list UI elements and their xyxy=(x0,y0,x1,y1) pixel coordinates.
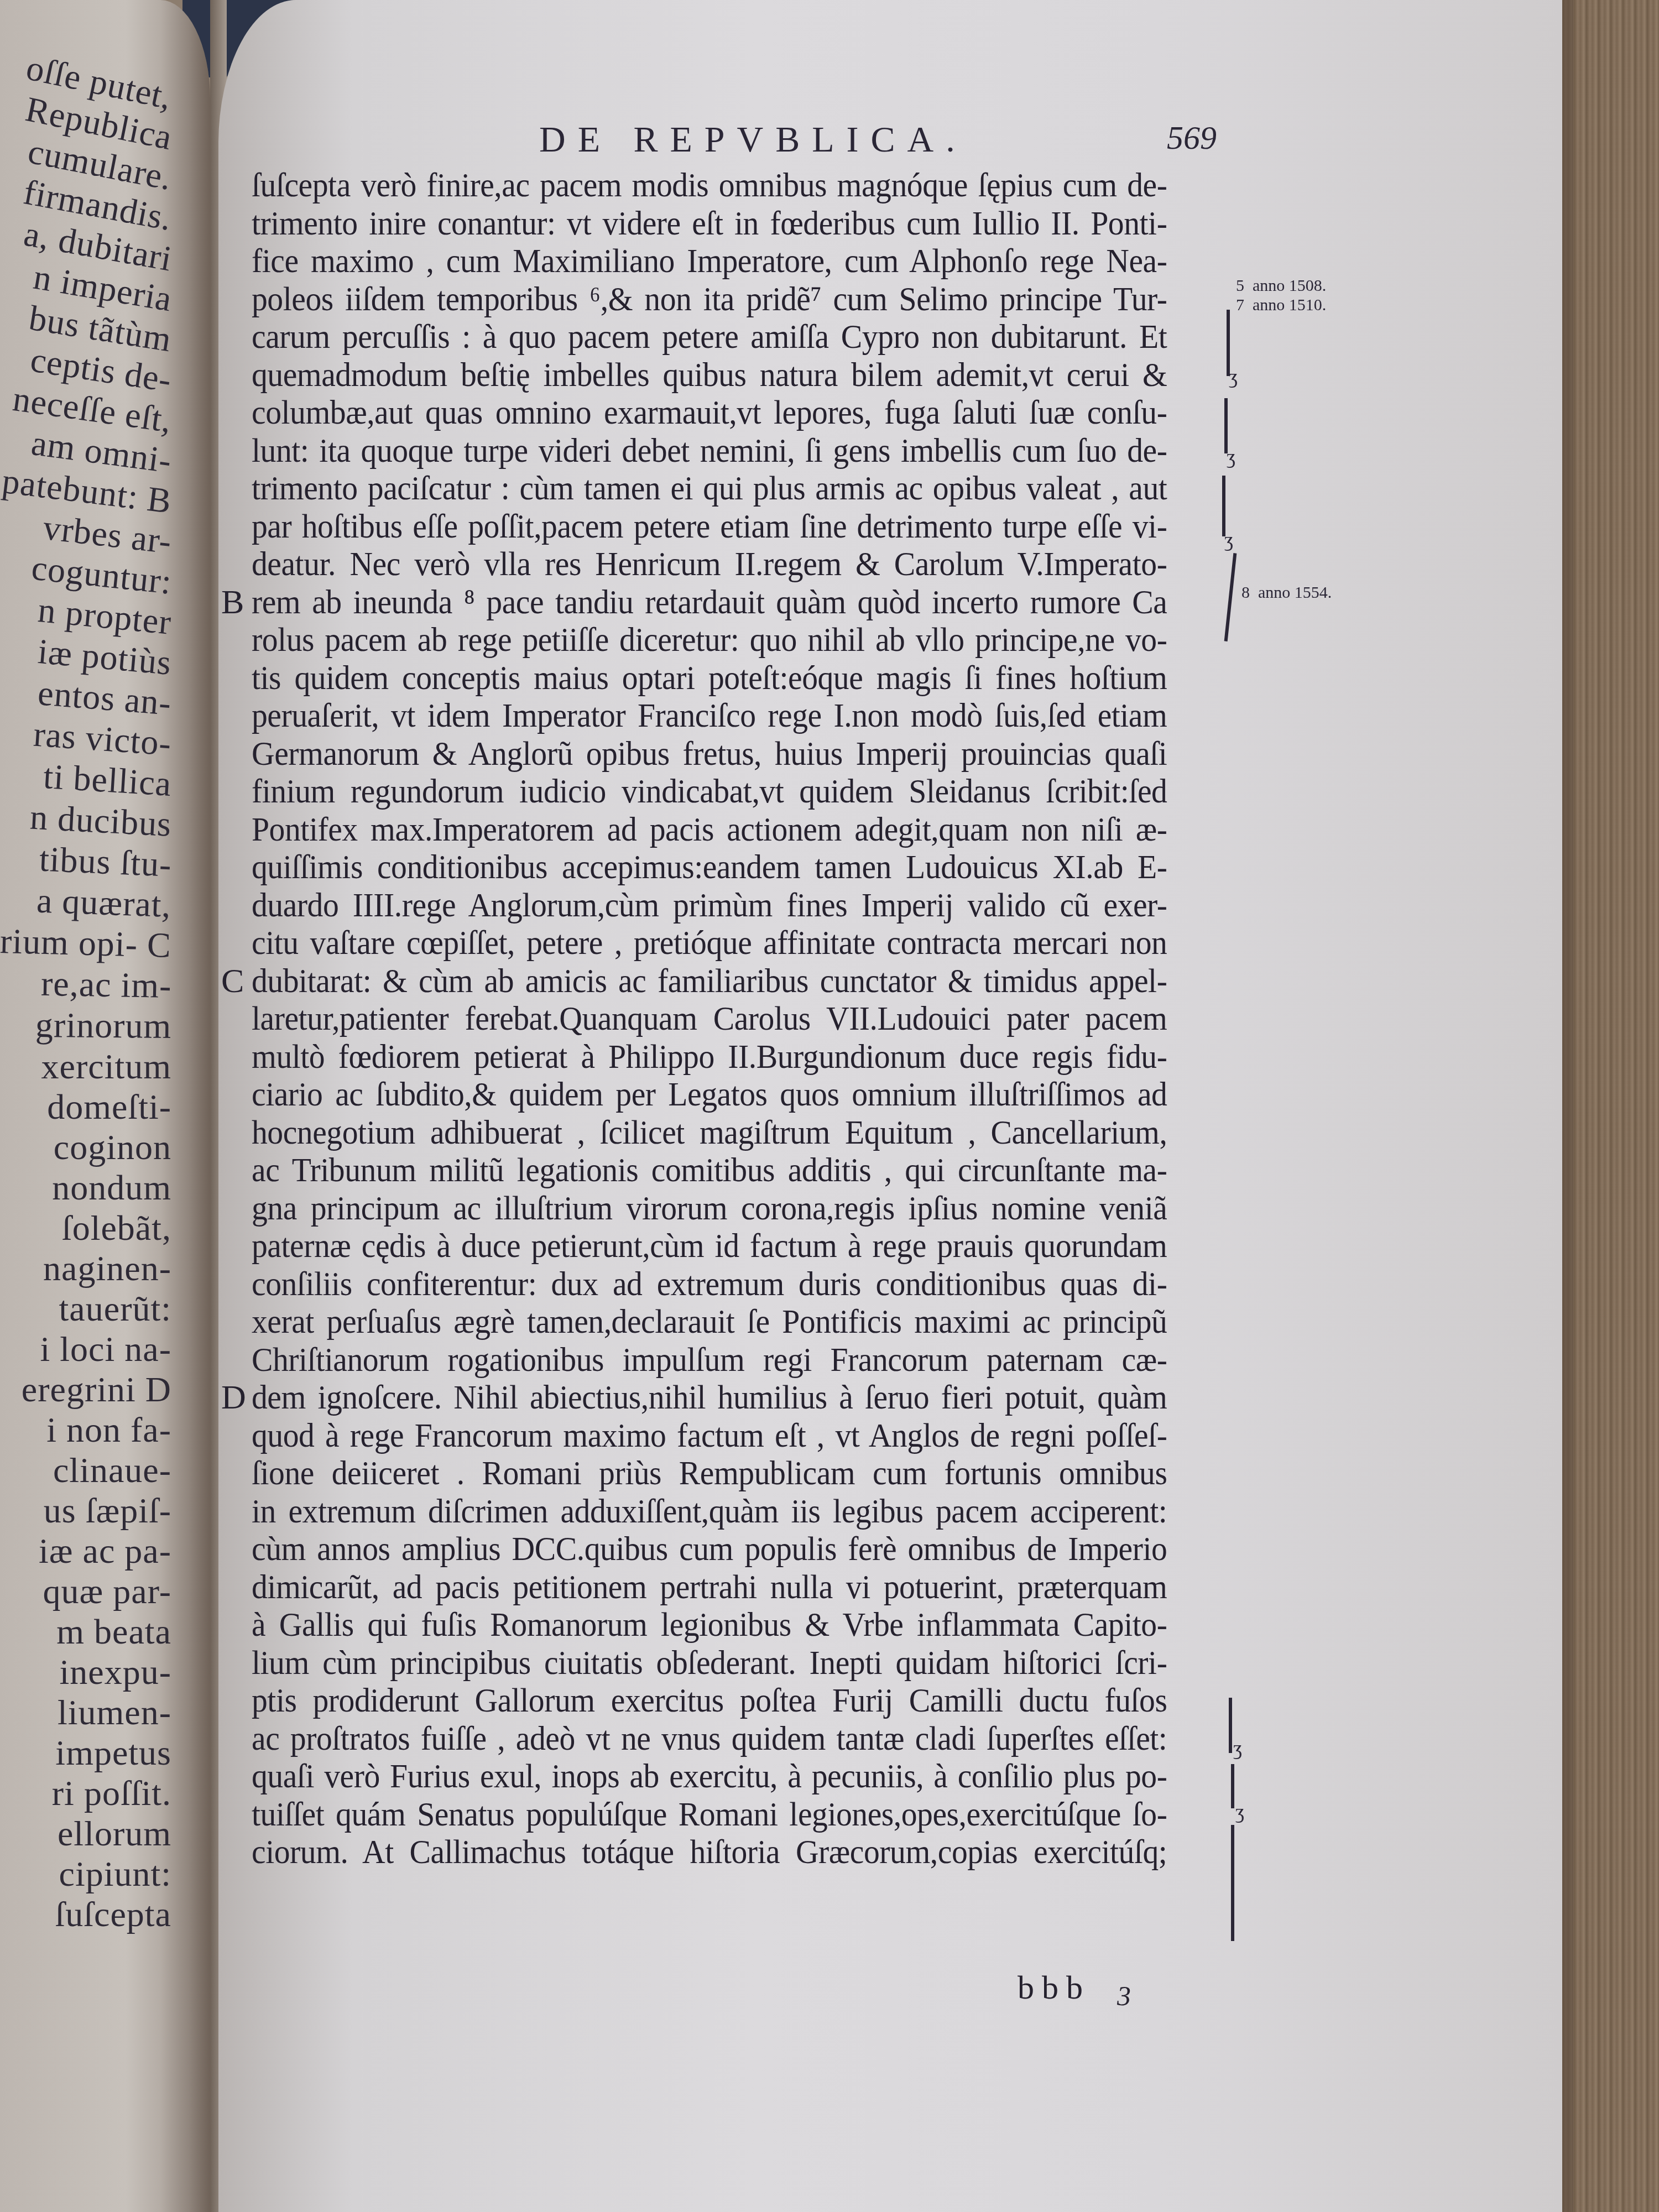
left-page-line: a quærat, xyxy=(36,880,172,926)
text-line: quaſi verò Furius exul, inops ab exercit… xyxy=(252,1757,1167,1796)
text-line: quemadmodum beſtię imbelles quibus natur… xyxy=(252,356,1167,395)
text-line: tuiſſet quám Senatus populúſque Romani l… xyxy=(252,1795,1167,1834)
text-line: carum percuſſis : à quo pacem petere ami… xyxy=(252,317,1167,357)
page-number: 569 xyxy=(1167,119,1217,157)
text-line: rem ab ineunda ⁸ pace tandiu retardauit … xyxy=(252,583,1167,622)
left-page-line: cipiunt: xyxy=(59,1854,171,1895)
text-line: poleos iiſdem temporibus ⁶,& non ita pri… xyxy=(252,280,1167,319)
text-line: cùm annos amplius DCC.quibus cum populis… xyxy=(252,1530,1167,1569)
left-page-line: re,ac im- xyxy=(40,963,172,1006)
margin-note-7: 7 anno 1510. xyxy=(1236,296,1326,315)
text-line: gna principum ac illuſtrium virorum coro… xyxy=(252,1189,1167,1228)
left-page-line: grinorum xyxy=(35,1005,171,1047)
left-page-line: liumen- xyxy=(58,1692,171,1733)
text-line: dem ignoſcere. Nihil abiectius,nihil hum… xyxy=(252,1378,1167,1417)
text-line: in extremum diſcrimen adduxiſſent,quàm i… xyxy=(252,1492,1167,1531)
text-line: peruaſerit, vt idem Imperator Franciſco … xyxy=(252,696,1167,735)
text-line: duardo IIII.rege Anglorum,cùm primùm fin… xyxy=(252,886,1167,925)
section-marker-d: D xyxy=(221,1378,246,1417)
text-line: columbæ,aut quas omnino exarmauit,vt lep… xyxy=(252,393,1167,432)
left-page: oſſe putet,Republicacumulare.firmandis.a… xyxy=(0,0,210,2212)
left-page-line: nondum xyxy=(52,1167,171,1208)
text-line: finium regundorum iudicio vindicabat,vt … xyxy=(252,772,1167,811)
signature-mark: bbb xyxy=(1018,1969,1091,2007)
text-line: dubitarat: & cùm ab amicis ac familiarib… xyxy=(252,962,1167,1001)
left-page-line: i loci na- xyxy=(40,1329,171,1370)
left-page-shadow xyxy=(160,0,210,2212)
bracket-mark-icon: ʒ xyxy=(1229,365,1238,388)
left-page-line: ſolebãt, xyxy=(62,1208,171,1249)
left-page-line: ſuſcepta xyxy=(55,1894,171,1935)
left-page-line: quæ par- xyxy=(43,1571,171,1612)
text-line: Chriſtianorum rogationibus impulſum regi… xyxy=(252,1340,1167,1380)
left-page-line: naginen- xyxy=(43,1248,171,1289)
left-page-line: ellorum xyxy=(58,1813,171,1854)
text-line: ciorum. At Callimachus totáque hiſtoria … xyxy=(252,1833,1167,1872)
text-line: ciario ac ſubdito,& quidem per Legatos q… xyxy=(252,1075,1167,1114)
left-page-line: ri poſſit. xyxy=(52,1773,171,1814)
bracket-mark-icon: ʒ xyxy=(1233,1736,1242,1760)
text-line: quiſſimis conditionibus accepimus:eandem… xyxy=(252,848,1167,887)
fore-edge-shade xyxy=(1562,0,1573,2212)
left-page-line: iæ ac pa- xyxy=(39,1531,171,1572)
text-line: trimento paciſcatur : cùm tamen ei qui p… xyxy=(252,469,1167,508)
text-line: multò fœdiorem petierat à Philippo II.Bu… xyxy=(252,1037,1167,1077)
section-marker-b: B xyxy=(221,583,244,622)
left-page-line: i non fa- xyxy=(46,1410,171,1451)
text-line: par hoſtibus eſſe poſſit,pacem petere et… xyxy=(252,507,1167,546)
bracket-annotation xyxy=(1231,1825,1234,1941)
left-page-line: m beata xyxy=(56,1611,171,1652)
text-line: Pontifex max.Imperatorem ad pacis action… xyxy=(252,810,1167,849)
left-page-line: us ſæpiſ- xyxy=(44,1490,171,1531)
text-line: hocnegotium adhibuerat , ſcilicet magiſt… xyxy=(252,1113,1167,1152)
text-line: ac Tribunum militũ legationis comitibus … xyxy=(252,1151,1167,1190)
left-page-line: clinaue- xyxy=(53,1450,171,1491)
text-line: ac proſtratos fuiſſe , adeò vt ne vnus q… xyxy=(252,1719,1167,1759)
text-line: dimicarũt, ad pacis petitionem pertrahi … xyxy=(252,1568,1167,1607)
running-head: DE REPVBLICA. xyxy=(539,119,967,161)
margin-note-8: 8 anno 1554. xyxy=(1241,583,1332,602)
text-line: lium cùm principibus ciuitatis obſederan… xyxy=(252,1644,1167,1683)
text-line: conſiliis confiterentur: dux ad extremum… xyxy=(252,1265,1167,1304)
bracket-mark-icon: ʒ xyxy=(1227,445,1235,468)
left-page-line: ti bellica xyxy=(42,756,173,805)
text-line: à Gallis qui fuſis Romanorum legionibus … xyxy=(252,1605,1167,1645)
bracket-annotation xyxy=(1222,476,1225,536)
text-line: ſione deiiceret . Romani priùs Rempublic… xyxy=(252,1454,1167,1493)
bracket-mark-icon: ʒ xyxy=(1224,528,1233,551)
section-marker-c: C xyxy=(221,962,244,1001)
bracket-annotation xyxy=(1229,1698,1232,1753)
left-page-line: rium opi- C xyxy=(0,921,172,966)
signature-number: 3 xyxy=(1117,1980,1131,2012)
bracket-mark-icon: ʒ xyxy=(1235,1800,1244,1823)
left-page-line: tibus ſtu- xyxy=(38,839,172,885)
text-line: laretur,patienter ferebat.Quanquam Carol… xyxy=(252,999,1167,1039)
text-line: paternæ cędis à duce petierunt,cùm id fa… xyxy=(252,1227,1167,1266)
text-line: tis quidem conceptis maius optari poteſt… xyxy=(252,659,1167,698)
left-page-line: domeſti- xyxy=(47,1087,171,1128)
left-page-line: tauerũt: xyxy=(59,1288,171,1329)
left-page-line: inexpu- xyxy=(60,1652,172,1693)
text-line: quod à rege Francorum maximo factum eſt … xyxy=(252,1416,1167,1455)
text-line: rolus pacem ab rege petiiſſe diceretur: … xyxy=(252,620,1167,660)
margin-note-5: 5 anno 1508. xyxy=(1236,276,1326,295)
text-line: trimento inire conantur: vt videre eſt i… xyxy=(252,204,1167,243)
text-line: fice maximo , cum Maximiliano Imperatore… xyxy=(252,242,1167,281)
bracket-annotation xyxy=(1231,1764,1234,1808)
left-page-line: eregrini D xyxy=(22,1369,171,1410)
text-line: lunt: ita quoque turpe videri debet nemi… xyxy=(252,431,1167,471)
left-page-line: xercitum xyxy=(41,1046,171,1087)
left-page-line: impetus xyxy=(55,1733,171,1773)
left-page-line: coginon xyxy=(54,1127,171,1168)
text-line: ſuſcepta verò finire,ac pacem modis omni… xyxy=(252,166,1167,205)
text-line: xerat perſuaſus ægrè tamen,declarauit ſe… xyxy=(252,1302,1167,1342)
left-page-line: n ducibus xyxy=(29,797,173,845)
text-line: ptis prodiderunt Gallorum exercitus poſt… xyxy=(252,1681,1167,1720)
page-fore-edge xyxy=(1562,0,1659,2212)
text-line: citu vaſtare cœpiſſet, petere , pretióqu… xyxy=(252,924,1167,963)
text-line: Germanorum & Anglorũ opibus fretus, huiu… xyxy=(252,734,1167,774)
text-line: deatur. Nec verò vlla res Henricum II.re… xyxy=(252,545,1167,584)
